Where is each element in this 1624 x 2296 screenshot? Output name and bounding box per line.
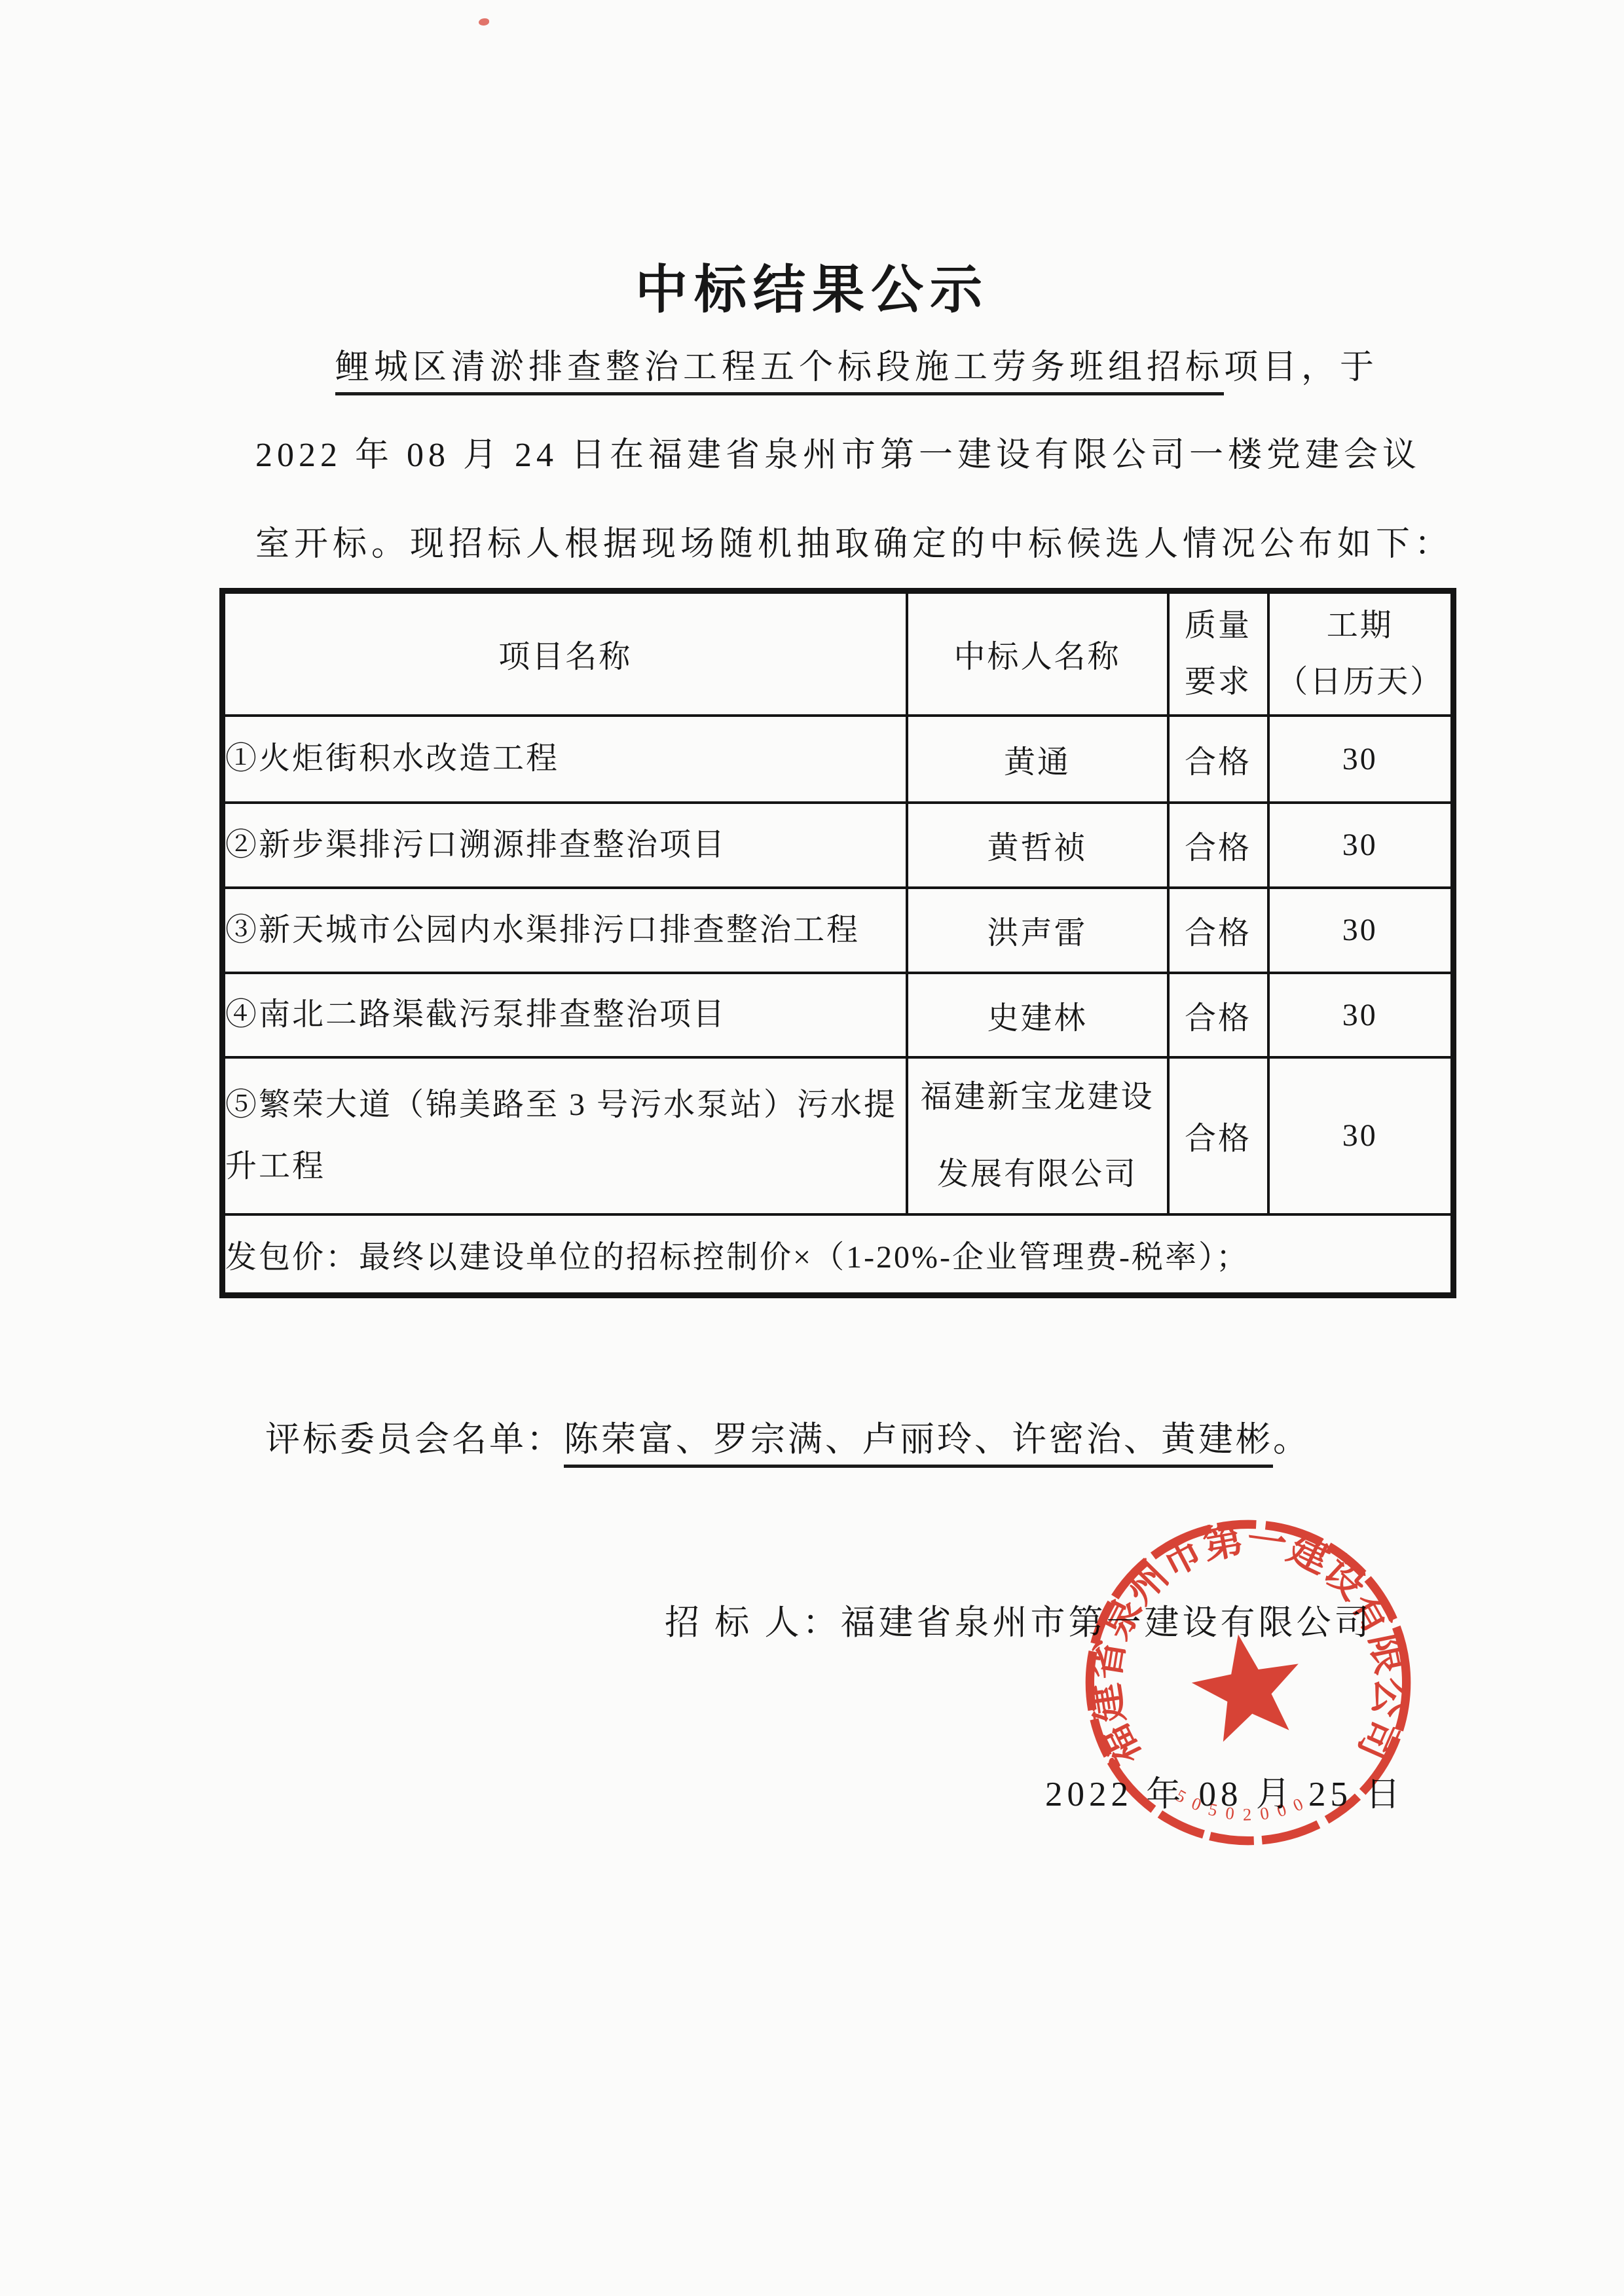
quality-cell: 合格 bbox=[1168, 716, 1268, 803]
header-quality: 质量 要求 bbox=[1168, 591, 1268, 716]
contract-price-note: 发包价：最终以建设单位的招标控制价×（1-20%-企业管理费-税率）； bbox=[223, 1214, 1454, 1296]
table-row: ③新天城市公园内水渠排污口排查整治工程 洪声雷 合格 30 bbox=[223, 888, 1454, 973]
table-footer-row: 发包价：最终以建设单位的招标控制价×（1-20%-企业管理费-税率）； bbox=[223, 1214, 1454, 1296]
svg-text:福建省泉州市第一建设有限公司: 福建省泉州市第一建设有限公司 bbox=[1084, 1518, 1413, 1772]
project-name-underlined: 鲤城区清淤排查整治工程五个标段施工劳务班组招标 bbox=[335, 349, 1224, 395]
project-cell: ②新步渠排污口溯源排查整治项目 bbox=[223, 803, 907, 888]
table-row: ④南北二路渠截污泵排查整治项目 史建林 合格 30 bbox=[223, 973, 1454, 1057]
scanned-document-page: 中标结果公示 鲤城区清淤排查整治工程五个标段施工劳务班组招标项目，于 2022 … bbox=[0, 0, 1624, 2296]
intro-line: 鲤城区清淤排查整治工程五个标段施工劳务班组招标项目，于 bbox=[335, 339, 1378, 388]
intro-line: 室开标。现招标人根据现场随机抽取确定的中标候选人情况公布如下： bbox=[255, 516, 1453, 565]
committee-label: 评标委员会名单： bbox=[265, 1421, 564, 1459]
committee-period: 。 bbox=[1273, 1421, 1310, 1459]
quality-cell: 合格 bbox=[1168, 973, 1268, 1057]
winner-cell: 黄哲祯 bbox=[907, 803, 1168, 888]
duration-cell: 30 bbox=[1268, 803, 1454, 888]
duration-cell: 30 bbox=[1268, 716, 1454, 803]
header-quality-line1: 质量 bbox=[1170, 598, 1267, 654]
table-header-row: 项目名称 中标人名称 质量 要求 工期 （日历天） bbox=[223, 591, 1454, 716]
winner-cell: 黄通 bbox=[907, 716, 1168, 803]
svg-text:50502000: 50502000 bbox=[1173, 1785, 1315, 1825]
duration-cell: 30 bbox=[1268, 973, 1454, 1057]
page-title: 中标结果公示 bbox=[0, 247, 1624, 323]
header-project: 项目名称 bbox=[223, 591, 907, 716]
table-row: ②新步渠排污口溯源排查整治项目 黄哲祯 合格 30 bbox=[223, 803, 1454, 888]
header-duration: 工期 （日历天） bbox=[1268, 591, 1454, 716]
seal-arc-text: 福建省泉州市第一建设有限公司 bbox=[1084, 1518, 1413, 1772]
duration-cell: 30 bbox=[1268, 888, 1454, 973]
winner-line1: 福建新宝龙建设 bbox=[908, 1059, 1167, 1136]
project-cell: ④南北二路渠截污泵排查整治项目 bbox=[223, 973, 907, 1057]
header-duration-line1: 工期 bbox=[1270, 598, 1451, 654]
duration-cell: 30 bbox=[1268, 1057, 1454, 1214]
project-cell: ③新天城市公园内水渠排污口排查整治工程 bbox=[223, 888, 907, 973]
quality-cell: 合格 bbox=[1168, 1057, 1268, 1214]
winner-cell: 福建新宝龙建设 发展有限公司 bbox=[907, 1057, 1168, 1214]
bidder-label: 招 标 人： bbox=[665, 1604, 841, 1642]
seal-star-icon bbox=[1192, 1635, 1299, 1742]
header-duration-line2: （日历天） bbox=[1270, 654, 1451, 710]
header-winner: 中标人名称 bbox=[907, 591, 1168, 716]
table-row: ①火炬街积水改造工程 黄通 合格 30 bbox=[223, 716, 1454, 803]
intro-line: 2022 年 08 月 24 日在福建省泉州市第一建设有限公司一楼党建会议 bbox=[255, 427, 1421, 476]
quality-cell: 合格 bbox=[1168, 888, 1268, 973]
project-cell: ⑤繁荣大道（锦美路至 3 号污水泵站）污水提升工程 bbox=[223, 1057, 907, 1214]
winner-line2: 发展有限公司 bbox=[908, 1136, 1167, 1213]
header-quality-line2: 要求 bbox=[1170, 654, 1267, 710]
company-seal: 福建省泉州市第一建设有限公司 50502000 bbox=[1080, 1515, 1416, 1850]
quality-cell: 合格 bbox=[1168, 803, 1268, 888]
ink-speck bbox=[479, 18, 489, 26]
intro-line-rest: 项目，于 bbox=[1224, 349, 1378, 386]
winner-cell: 洪声雷 bbox=[907, 888, 1168, 973]
winner-cell: 史建林 bbox=[907, 973, 1168, 1057]
project-cell: ①火炬街积水改造工程 bbox=[223, 716, 907, 803]
bid-results-table: 项目名称 中标人名称 质量 要求 工期 （日历天） ①火炬街积水改造工程 黄通 … bbox=[219, 588, 1456, 1298]
table-row: ⑤繁荣大道（锦美路至 3 号污水泵站）污水提升工程 福建新宝龙建设 发展有限公司… bbox=[223, 1057, 1454, 1214]
seal-serial: 50502000 bbox=[1173, 1785, 1315, 1825]
committee-line: 评标委员会名单：陈荣富、罗宗满、卢丽玲、许密治、黄建彬。 bbox=[265, 1412, 1310, 1461]
committee-names: 陈荣富、罗宗满、卢丽玲、许密治、黄建彬 bbox=[564, 1421, 1273, 1468]
